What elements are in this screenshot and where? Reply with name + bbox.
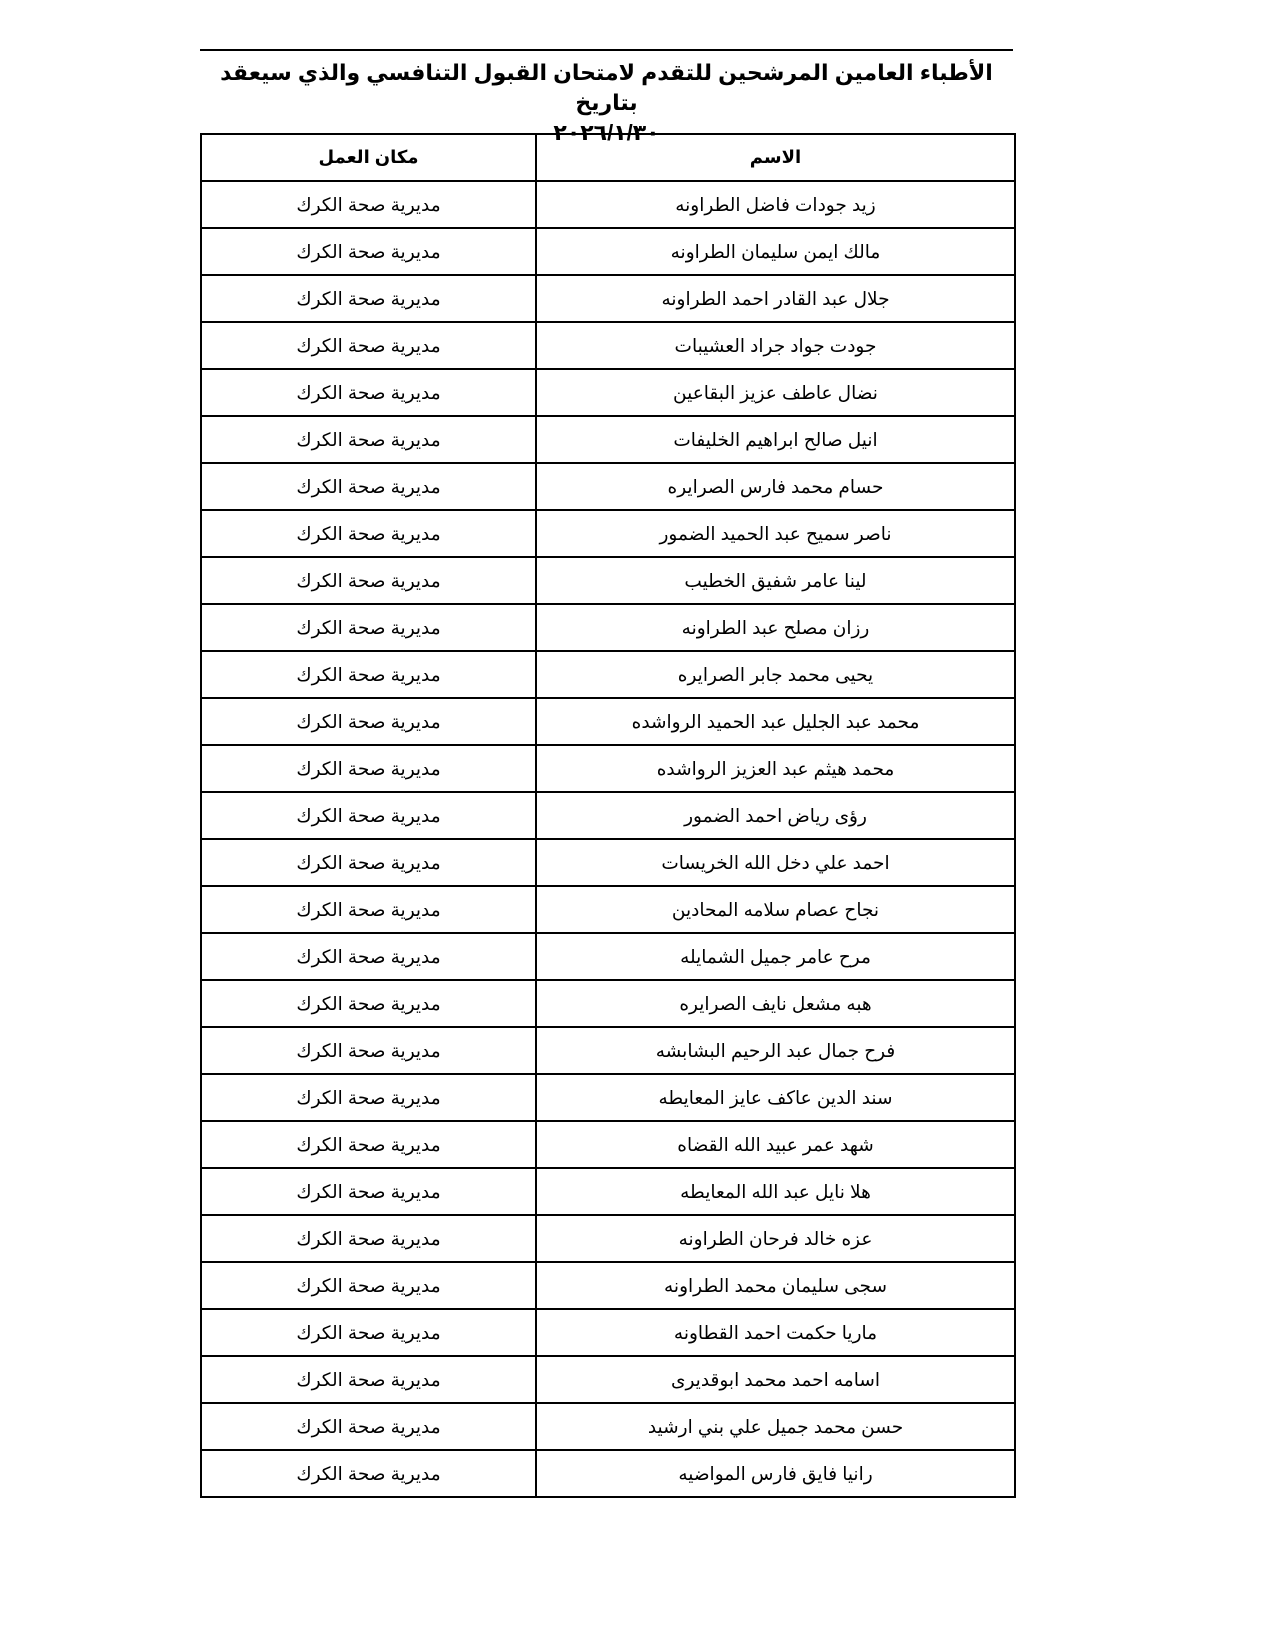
table-row: رؤى رياض احمد الضمورمديرية صحة الكرك: [201, 792, 1015, 839]
cell-name: ناصر سميح عبد الحميد الضمور: [536, 510, 1015, 557]
cell-workplace: مديرية صحة الكرك: [201, 1450, 536, 1497]
cell-workplace: مديرية صحة الكرك: [201, 369, 536, 416]
table-row: زيد جودات فاضل الطراونهمديرية صحة الكرك: [201, 181, 1015, 228]
cell-workplace: مديرية صحة الكرك: [201, 510, 536, 557]
cell-name: نجاح عصام سلامه المحادين: [536, 886, 1015, 933]
table-row: احمد علي دخل الله الخريساتمديرية صحة الك…: [201, 839, 1015, 886]
cell-name: جلال عبد القادر احمد الطراونه: [536, 275, 1015, 322]
table-body: زيد جودات فاضل الطراونهمديرية صحة الكركم…: [201, 181, 1015, 1497]
cell-name: لينا عامر شفيق الخطيب: [536, 557, 1015, 604]
table-row: محمد هيثم عبد العزيز الرواشدهمديرية صحة …: [201, 745, 1015, 792]
table-row: لينا عامر شفيق الخطيبمديرية صحة الكرك: [201, 557, 1015, 604]
cell-name: يحيى محمد جابر الصرايره: [536, 651, 1015, 698]
cell-name: مالك ايمن سليمان الطراونه: [536, 228, 1015, 275]
cell-workplace: مديرية صحة الكرك: [201, 839, 536, 886]
cell-workplace: مديرية صحة الكرك: [201, 181, 536, 228]
cell-workplace: مديرية صحة الكرك: [201, 651, 536, 698]
cell-name: حسام محمد فارس الصرايره: [536, 463, 1015, 510]
top-rule-divider: [200, 49, 1013, 51]
table-row: هلا نايل عبد الله المعايطهمديرية صحة الك…: [201, 1168, 1015, 1215]
table-row: ماريا حكمت احمد القطاونهمديرية صحة الكرك: [201, 1309, 1015, 1356]
cell-workplace: مديرية صحة الكرك: [201, 322, 536, 369]
cell-name: سند الدين عاكف عايز المعايطه: [536, 1074, 1015, 1121]
document-page: الأطباء العامين المرشحين للتقدم لامتحان …: [0, 0, 1275, 1650]
table-row: جودت جواد جراد العشيباتمديرية صحة الكرك: [201, 322, 1015, 369]
cell-name: عزه خالد فرحان الطراونه: [536, 1215, 1015, 1262]
cell-name: نضال عاطف عزيز البقاعين: [536, 369, 1015, 416]
header-workplace: مكان العمل: [201, 134, 536, 181]
table-row: فرح جمال عبد الرحيم البشابشهمديرية صحة ا…: [201, 1027, 1015, 1074]
table-row: جلال عبد القادر احمد الطراونهمديرية صحة …: [201, 275, 1015, 322]
cell-name: فرح جمال عبد الرحيم البشابشه: [536, 1027, 1015, 1074]
table-row: يحيى محمد جابر الصرايرهمديرية صحة الكرك: [201, 651, 1015, 698]
cell-workplace: مديرية صحة الكرك: [201, 1262, 536, 1309]
cell-workplace: مديرية صحة الكرك: [201, 792, 536, 839]
cell-workplace: مديرية صحة الكرك: [201, 604, 536, 651]
header-name: الاسم: [536, 134, 1015, 181]
cell-workplace: مديرية صحة الكرك: [201, 557, 536, 604]
cell-name: محمد عبد الجليل عبد الحميد الرواشده: [536, 698, 1015, 745]
table-row: مالك ايمن سليمان الطراونهمديرية صحة الكر…: [201, 228, 1015, 275]
cell-workplace: مديرية صحة الكرك: [201, 1074, 536, 1121]
cell-name: رزان مصلح عبد الطراونه: [536, 604, 1015, 651]
table-row: ناصر سميح عبد الحميد الضمورمديرية صحة ال…: [201, 510, 1015, 557]
cell-name: ماريا حكمت احمد القطاونه: [536, 1309, 1015, 1356]
cell-workplace: مديرية صحة الكرك: [201, 1356, 536, 1403]
cell-name: حسن محمد جميل علي بني ارشيد: [536, 1403, 1015, 1450]
table-row: سجى سليمان محمد الطراونهمديرية صحة الكرك: [201, 1262, 1015, 1309]
cell-name: شهد عمر عبيد الله القضاه: [536, 1121, 1015, 1168]
table-row: سند الدين عاكف عايز المعايطهمديرية صحة ا…: [201, 1074, 1015, 1121]
cell-name: احمد علي دخل الله الخريسات: [536, 839, 1015, 886]
table-row: محمد عبد الجليل عبد الحميد الرواشدهمديري…: [201, 698, 1015, 745]
table-row: مرح عامر جميل الشمايلهمديرية صحة الكرك: [201, 933, 1015, 980]
table-row: نضال عاطف عزيز البقاعينمديرية صحة الكرك: [201, 369, 1015, 416]
table-row: رزان مصلح عبد الطراونهمديرية صحة الكرك: [201, 604, 1015, 651]
table-row: حسن محمد جميل علي بني ارشيدمديرية صحة ال…: [201, 1403, 1015, 1450]
cell-name: رؤى رياض احمد الضمور: [536, 792, 1015, 839]
cell-name: جودت جواد جراد العشيبات: [536, 322, 1015, 369]
cell-workplace: مديرية صحة الكرك: [201, 275, 536, 322]
table-header-row: الاسم مكان العمل: [201, 134, 1015, 181]
table-row: رانيا فايق فارس المواضيهمديرية صحة الكرك: [201, 1450, 1015, 1497]
cell-name: انيل صالح ابراهيم الخليفات: [536, 416, 1015, 463]
cell-workplace: مديرية صحة الكرك: [201, 745, 536, 792]
cell-name: هلا نايل عبد الله المعايطه: [536, 1168, 1015, 1215]
cell-workplace: مديرية صحة الكرك: [201, 980, 536, 1027]
cell-workplace: مديرية صحة الكرك: [201, 463, 536, 510]
cell-name: محمد هيثم عبد العزيز الرواشده: [536, 745, 1015, 792]
table-row: عزه خالد فرحان الطراونهمديرية صحة الكرك: [201, 1215, 1015, 1262]
table-row: نجاح عصام سلامه المحادينمديرية صحة الكرك: [201, 886, 1015, 933]
cell-workplace: مديرية صحة الكرك: [201, 416, 536, 463]
cell-workplace: مديرية صحة الكرك: [201, 1215, 536, 1262]
cell-workplace: مديرية صحة الكرك: [201, 1121, 536, 1168]
title-line-1: الأطباء العامين المرشحين للتقدم لامتحان …: [200, 58, 1013, 118]
candidates-table: الاسم مكان العمل زيد جودات فاضل الطراونه…: [200, 133, 1016, 1498]
cell-name: اسامه احمد محمد ابوقديرى: [536, 1356, 1015, 1403]
cell-workplace: مديرية صحة الكرك: [201, 1027, 536, 1074]
table-row: انيل صالح ابراهيم الخليفاتمديرية صحة الك…: [201, 416, 1015, 463]
table-row: شهد عمر عبيد الله القضاهمديرية صحة الكرك: [201, 1121, 1015, 1168]
cell-workplace: مديرية صحة الكرك: [201, 1168, 536, 1215]
cell-workplace: مديرية صحة الكرك: [201, 1403, 536, 1450]
table-row: اسامه احمد محمد ابوقديرىمديرية صحة الكرك: [201, 1356, 1015, 1403]
table-row: هبه مشعل نايف الصرايرهمديرية صحة الكرك: [201, 980, 1015, 1027]
cell-workplace: مديرية صحة الكرك: [201, 228, 536, 275]
cell-name: مرح عامر جميل الشمايله: [536, 933, 1015, 980]
cell-workplace: مديرية صحة الكرك: [201, 886, 536, 933]
cell-name: زيد جودات فاضل الطراونه: [536, 181, 1015, 228]
cell-workplace: مديرية صحة الكرك: [201, 933, 536, 980]
cell-name: سجى سليمان محمد الطراونه: [536, 1262, 1015, 1309]
cell-name: رانيا فايق فارس المواضيه: [536, 1450, 1015, 1497]
cell-name: هبه مشعل نايف الصرايره: [536, 980, 1015, 1027]
cell-workplace: مديرية صحة الكرك: [201, 1309, 536, 1356]
cell-workplace: مديرية صحة الكرك: [201, 698, 536, 745]
table-row: حسام محمد فارس الصرايرهمديرية صحة الكرك: [201, 463, 1015, 510]
